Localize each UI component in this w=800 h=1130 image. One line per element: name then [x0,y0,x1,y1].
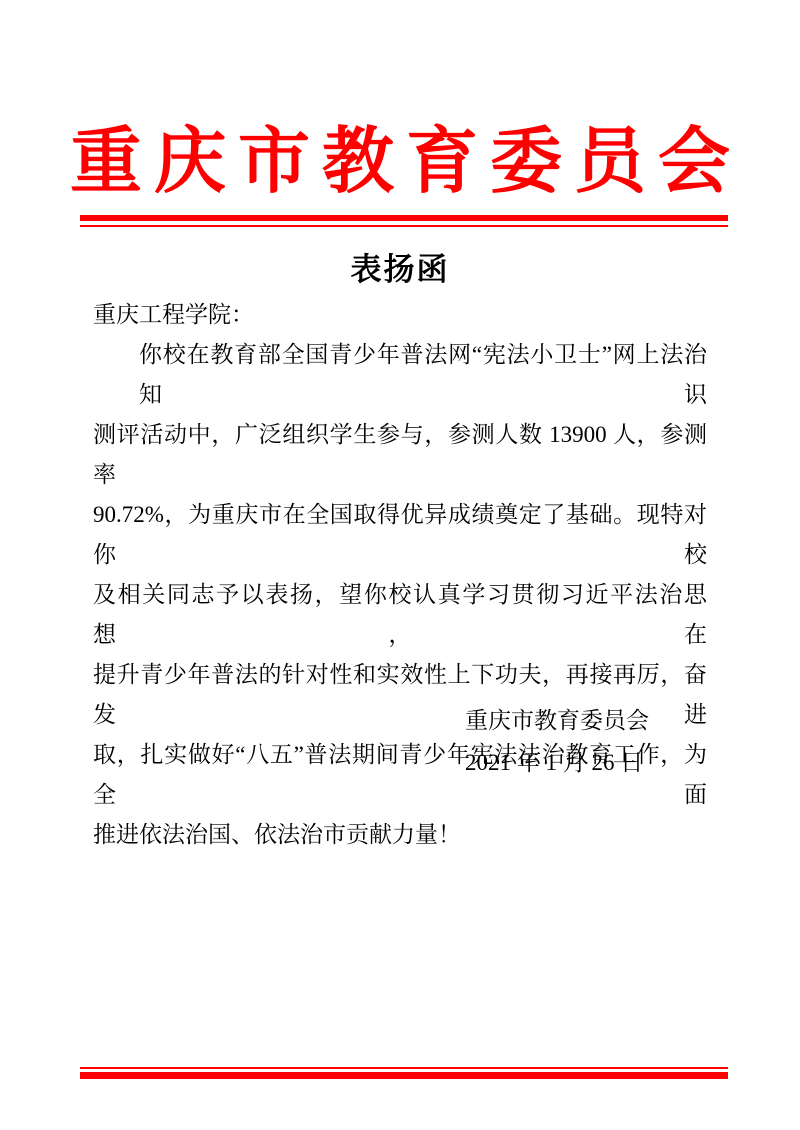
letterhead-rule-thick [80,215,728,221]
body-line-3: 90.72%，为重庆市在全国取得优异成绩奠定了基础。现特对你校 [93,495,707,575]
letterhead-org-name: 重庆市教育委员会 [0,122,800,202]
body-line-2: 测评活动中，广泛组织学生参与，参测人数 13900 人，参测率 [93,415,707,495]
letterhead-rule-thin [80,225,728,227]
body-line-7: 推进依法治国、依法治市贡献力量！ [93,815,707,855]
letter-page: 重庆市教育委员会 表扬函 重庆工程学院： 你校在教育部全国青少年普法网“宪法小卫… [0,0,800,1130]
footer-rule-thick [80,1072,728,1079]
body-line-4: 及相关同志予以表扬，望你校认真学习贯彻习近平法治思想，在 [93,575,707,655]
body-line-1: 你校在教育部全国青少年普法网“宪法小卫士”网上法治知识 [93,335,707,415]
signature-org: 重庆市教育委员会 [465,700,649,742]
signature-block: 重庆市教育委员会 2021 年 1 月 26 日 [465,700,649,784]
footer-rule-thin [80,1067,728,1069]
salutation: 重庆工程学院： [93,295,707,335]
signature-date: 2021 年 1 月 26 日 [465,742,649,784]
document-title: 表扬函 [0,252,800,288]
